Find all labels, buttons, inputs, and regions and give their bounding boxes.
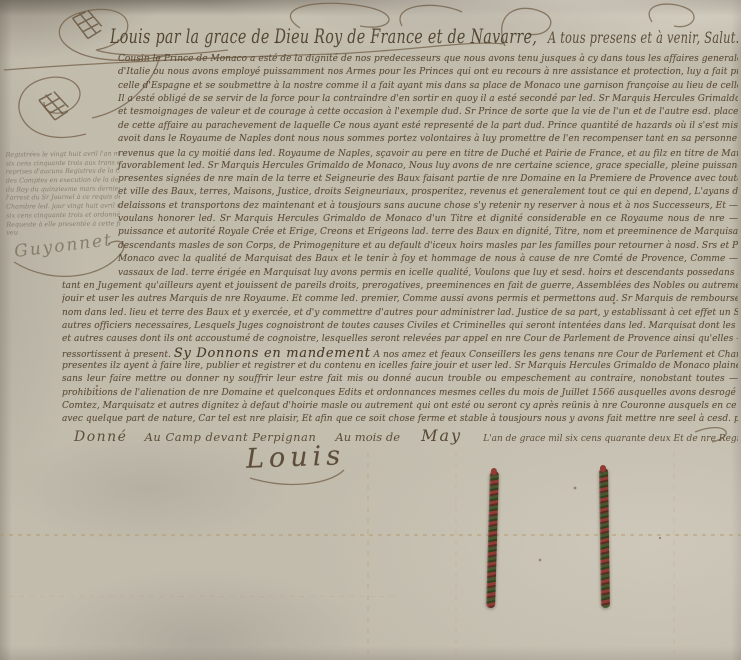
text-line: revenus que la cy moitié dans led. Royau… [62,146,738,159]
text-line: et ville des Baux, terres, Maisons, Just… [62,186,738,199]
text-line: Monaco avec la qualité de Marquisat des … [62,253,738,266]
vertical-fold-line-faint-2 [673,452,675,660]
text-line: Cousin le Prince de Monaco a esté de la … [62,53,738,66]
text-line: delaissons et transportons dez maintenan… [62,200,738,213]
text-line: presentes signées de nre main de la terr… [62,173,738,186]
text-line: nom dans led. lieu et terre des Baux et … [62,307,738,320]
margin-note-line: Requeste à elle presentée à cette fin se… [6,219,120,229]
text-line: presentes ilz ayent à faire lire, publie… [62,360,738,373]
opening-royal-title: Louis par la grace de Dieu Roy de France… [110,24,537,48]
text-line: puissance et autorité Royale Crée et Eri… [62,226,738,239]
text-line: Il a esté obligé de se servir de la forc… [62,93,738,106]
horizontal-fold-line-faint [0,596,400,597]
opening-salutation: A tous presens et à venir, Salut. [548,28,739,47]
margin-registration-note: Registrées le vingt huit avril l'an mils… [6,149,121,237]
text-line: autres officiers necessaires, Lesquels J… [62,320,738,333]
royal-signature: Louis [245,440,345,474]
dateline: Donné Au Camp devant Perpignan Au mois d… [62,426,738,445]
text-line: jouir et user les autres Marquis de nre … [62,293,738,306]
text-line: prohibitions de l'alienation de nre Doma… [62,387,738,400]
body-text: Cousin le Prince de Monaco a esté de la … [62,53,738,427]
dateline-year: L'an de grace mil six cens quarante deux… [483,434,738,444]
seal-cord-right [599,468,610,608]
vertical-fold-line-faint [455,452,457,660]
text-line: Comtez, Marquisatz et autres dignitez à … [62,400,738,413]
manuscript-scan: Louis par la grace de Dieu Roy de France… [0,0,741,660]
opening-line: Louis par la grace de Dieu Roy de France… [110,24,739,48]
text-line: tant en Jugement qu'ailleurs ayent et jo… [62,280,738,293]
text-line: celle d'Espagne et se soubmettre à la no… [62,80,738,93]
text-line: descendants masles de son Corps, de Prim… [62,240,738,253]
text-line: vassaux de lad. terre érigée en Marquisa… [62,267,738,280]
horizontal-fold-line [0,534,741,536]
dateline-month: May [421,426,462,445]
dateline-month-label: Au mois de [335,430,400,444]
vertical-fold-line [367,452,369,660]
text-line: de cette affaire au parachevement de laq… [62,120,738,133]
dateline-donne: Donné [74,429,127,445]
text-line: sans leur faire mettre ou donner ny souf… [62,373,738,386]
text-line: avec quelque part de nature, Car tel est… [62,413,738,426]
text-line: et autres causes dont ils ont accoustumé… [62,333,738,346]
text-line: avoit dans le Royaume de Naples dont nou… [62,133,738,146]
text-line: et tesmoignages de valeur et de courage … [62,106,738,119]
text-line: ressortissent à present. Sy Donnons en m… [62,347,738,360]
text-line: favorablement led. Sr Marquis Hercules G… [62,160,738,173]
text-line: d'Italie ou nous avons employé puissamme… [62,66,738,79]
text-line: voulans honorer led. Sr Marquis Hercules… [62,213,738,226]
